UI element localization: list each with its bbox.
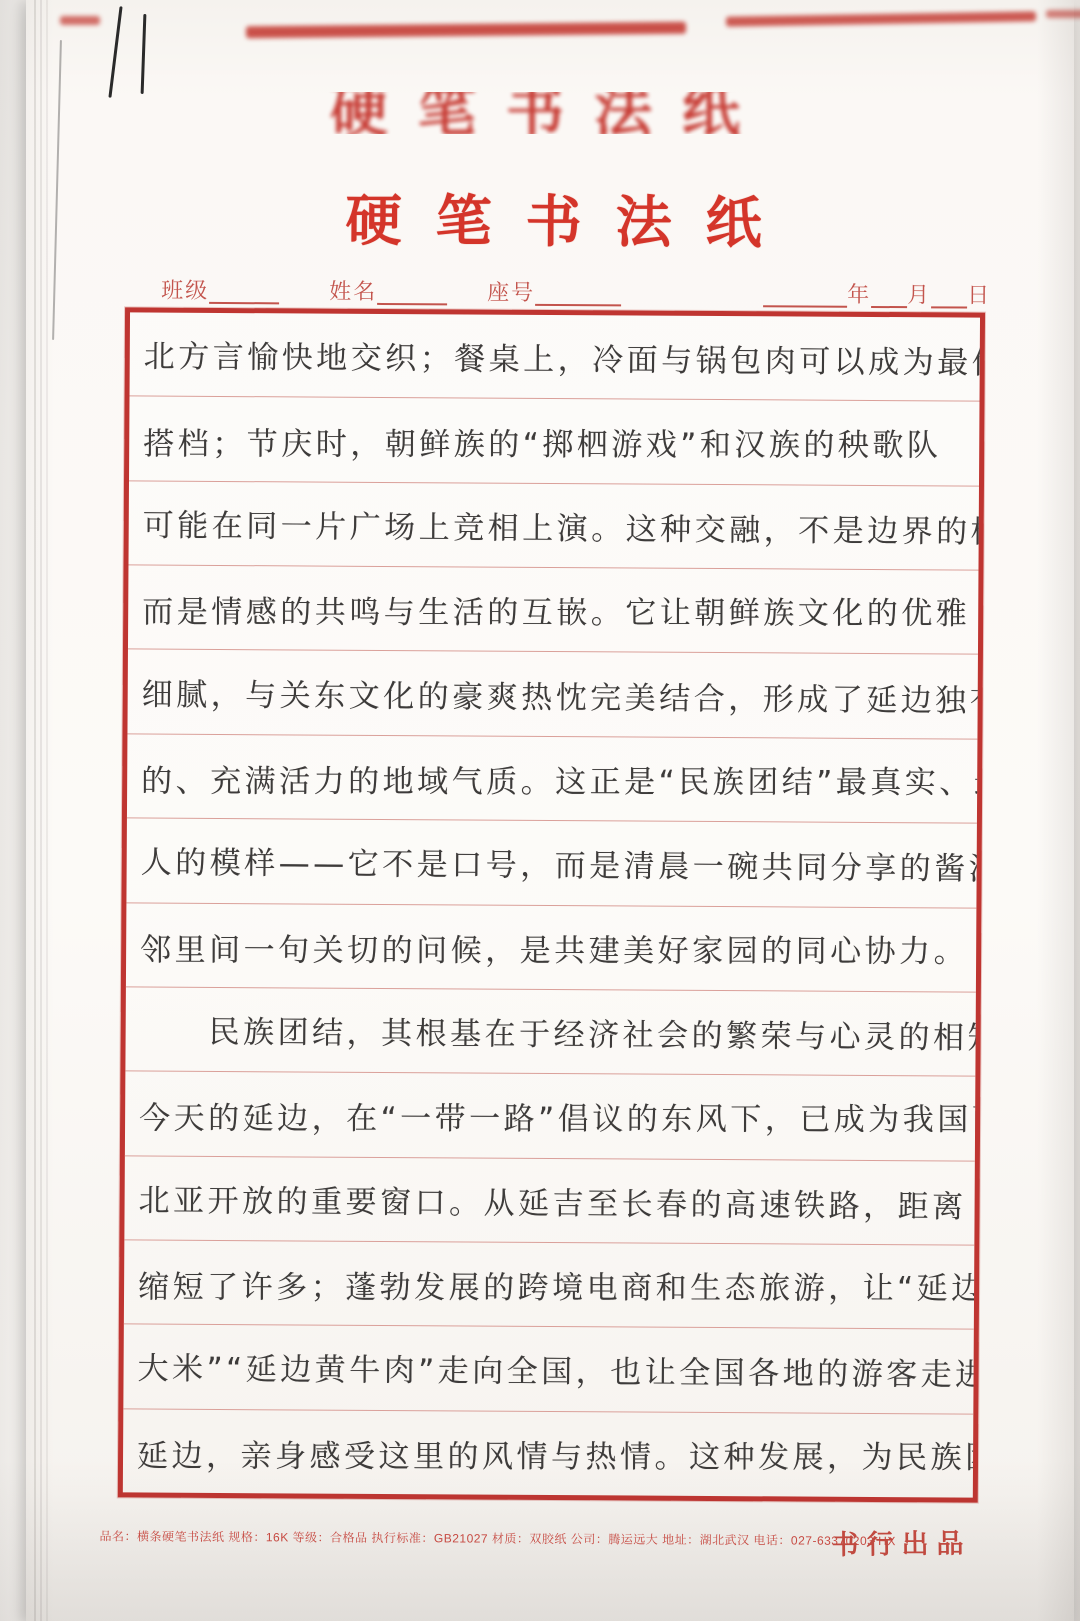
header-fields: 班级 姓名 座号 年 月 日 <box>161 270 991 309</box>
essay-row: 细腻，与关东文化的豪爽热忱完美结合，形成了延边独有 <box>127 650 977 740</box>
seat-label: 座号 <box>487 282 535 306</box>
publisher-brand: 书行出品 <box>831 1521 971 1562</box>
handwritten-line: 邻里间一句关切的问候，是共建美好家园的同心协力。 <box>140 924 968 970</box>
calligraphy-sheet: 硬笔书法纸 硬笔书法纸 班级 姓名 座号 年 月 日 北方言愉快地交织；餐桌上，… <box>26 0 1074 1621</box>
handwritten-line: 细腻，与关东文化的豪爽热忱完美结合，形成了延边独有 <box>142 668 978 720</box>
class-label: 班级 <box>161 280 209 304</box>
handwritten-line: 北亚开放的重要窗口。从延吉至长春的高速铁路，距离 <box>138 1175 966 1227</box>
essay-row: 而是情感的共鸣与生活的互嵌。它让朝鲜族文化的优雅 <box>128 565 978 655</box>
handwritten-line: 大米”“延边黄牛肉”走向全国，也让全国各地的游客走进 <box>137 1343 973 1395</box>
handwritten-line: 北方言愉快地交织；餐桌上，冷面与锅包肉可以成为最佳 <box>144 331 980 383</box>
handwritten-line: 搭档；节庆时，朝鲜族的“掷柶游戏”和汉族的秧歌队 <box>143 418 941 464</box>
header-spacer <box>621 306 763 307</box>
essay-row: 可能在同一片广场上竞相上演。这种交融，不是边界的模糊 <box>128 481 978 571</box>
month-label: 月 <box>907 284 931 308</box>
essay-row: 的、充满活力的地域气质。这正是“民族团结”最真实、最动 <box>127 734 977 824</box>
essay-row: 邻里间一句关切的问候，是共建美好家园的同心协力。 <box>126 903 976 993</box>
essay-row: 延边，亲身感受这里的风情与热情。这种发展，为民族团 <box>123 1409 973 1498</box>
page-title: 硬笔书法纸 <box>29 175 1077 261</box>
essay-row: 民族团结，其根基在于经济社会的繁荣与心灵的相知。 <box>125 987 975 1077</box>
name-label: 姓名 <box>329 281 377 305</box>
year-label: 年 <box>847 284 871 308</box>
essay-row: 人的模样——它不是口号，而是清晨一碗共同分享的酱汤，是 <box>126 819 976 909</box>
handwritten-line: 可能在同一片广场上竞相上演。这种交融，不是边界的模糊 <box>143 500 979 552</box>
sheet-content: 硬笔书法纸 班级 姓名 座号 年 月 日 北方言愉快地交织；餐桌上，冷面与锅包肉… <box>21 0 1079 1621</box>
handwritten-line: 人的模样——它不是口号，而是清晨一碗共同分享的酱汤，是 <box>141 837 977 889</box>
handwritten-line: 今天的延边，在“一带一路”倡议的东风下，已成为我国面向东 <box>139 1093 975 1140</box>
product-info: 品名：横条硬笔书法纸 规格：16K 等级：合格品 执行标准：GB21027 材质… <box>100 1527 896 1549</box>
essay-row: 缩短了许多；蓬勃发展的跨境电商和生态旅游，让“延边 <box>124 1240 974 1330</box>
handwritten-line: 民族团结，其根基在于经济社会的繁荣与心灵的相知。 <box>139 1006 975 1058</box>
essay-row: 北亚开放的重要窗口。从延吉至长春的高速铁路，距离 <box>124 1156 974 1246</box>
class-blank-line <box>209 286 279 304</box>
handwritten-line: 的、充满活力的地域气质。这正是“民族团结”最真实、最动 <box>141 755 977 802</box>
month-blank-line <box>871 290 907 308</box>
day-blank-line <box>931 290 967 308</box>
handwritten-line: 而是情感的共鸣与生活的互嵌。它让朝鲜族文化的优雅 <box>142 587 970 633</box>
seat-blank-line <box>535 288 621 307</box>
writing-grid: 北方言愉快地交织；餐桌上，冷面与锅包肉可以成为最佳搭档；节庆时，朝鲜族的“掷柶游… <box>118 307 985 1502</box>
day-label: 日 <box>967 285 991 309</box>
essay-row: 大米”“延边黄牛肉”走向全国，也让全国各地的游客走进 <box>123 1325 973 1415</box>
year-blank-line <box>763 289 847 308</box>
photo-background: 硬笔书法纸 硬笔书法纸 班级 姓名 座号 年 月 日 北方言愉快地交织；餐桌上，… <box>0 0 1080 1621</box>
essay-row: 北方言愉快地交织；餐桌上，冷面与锅包肉可以成为最佳 <box>130 312 980 402</box>
essay-row: 搭档；节庆时，朝鲜族的“掷柶游戏”和汉族的秧歌队 <box>129 397 979 487</box>
handwritten-line: 延边，亲身感受这里的风情与热情。这种发展，为民族团 <box>137 1430 973 1477</box>
handwritten-line: 缩短了许多；蓬勃发展的跨境电商和生态旅游，让“延边 <box>138 1261 974 1307</box>
essay-row: 今天的延边，在“一带一路”倡议的东风下，已成为我国面向东 <box>125 1072 975 1162</box>
name-blank-line <box>377 287 447 305</box>
